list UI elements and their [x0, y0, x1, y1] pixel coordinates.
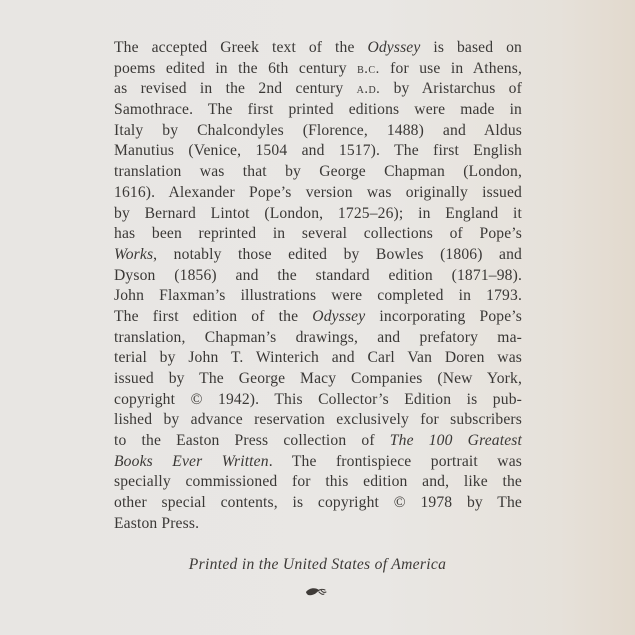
text-segment: incorporating Pope’s: [365, 308, 522, 325]
text-segment: for use in Athens,: [380, 60, 522, 77]
text-segment: . The frontispiece portrait was: [269, 453, 522, 470]
small-caps-era: A.D.: [357, 81, 381, 97]
text-segment: by Aristarchus of: [380, 80, 522, 97]
small-caps-era: B.C.: [357, 61, 380, 77]
text-line: Books Ever Written. The frontispiece por…: [114, 452, 522, 473]
text-segment: 1616). Alexander Pope’s version was orig…: [114, 184, 522, 201]
text-line: translation was that by George Chapman (…: [114, 162, 522, 183]
text-segment: John Flaxman’s illustrations were comple…: [114, 287, 522, 304]
italic-title: Odyssey: [312, 308, 365, 325]
text-line: by Bernard Lintot (London, 1725–26); in …: [114, 204, 522, 225]
text-segment: specially commissioned for this edition …: [114, 473, 522, 490]
text-segment: copyright © 1942). This Collector’s Edit…: [114, 391, 522, 408]
text-segment: terial by John T. Winterich and Carl Van…: [114, 349, 522, 366]
text-line: John Flaxman’s illustrations were comple…: [114, 286, 522, 307]
text-line: terial by John T. Winterich and Carl Van…: [114, 348, 522, 369]
text-segment: The first edition of the: [114, 308, 312, 325]
text-line: The first edition of the Odyssey incorpo…: [114, 307, 522, 328]
text-line: as revised in the 2nd century A.D. by Ar…: [114, 79, 522, 100]
italic-title: The 100 Greatest: [390, 432, 522, 449]
italic-title: Books Ever Written: [114, 453, 269, 470]
text-segment: other special contents, is copyright © 1…: [114, 494, 522, 511]
text-segment: is based on: [420, 39, 522, 56]
text-line: Manutius (Venice, 1504 and 1517). The fi…: [114, 141, 522, 162]
text-segment: translation, Chapman’s drawings, and pre…: [114, 329, 522, 346]
text-line: 1616). Alexander Pope’s version was orig…: [114, 183, 522, 204]
text-line: issued by The George Macy Companies (New…: [114, 369, 522, 390]
text-line: poems edited in the 6th century B.C. for…: [114, 59, 522, 80]
text-line: Samothrace. The first printed editions w…: [114, 100, 522, 121]
text-line: Dyson (1856) and the standard edition (1…: [114, 266, 522, 287]
text-line: Works, notably those edited by Bowles (1…: [114, 245, 522, 266]
text-line: specially commissioned for this edition …: [114, 472, 522, 493]
text-segment: lished by advance reservation exclusivel…: [114, 411, 522, 428]
text-line: Italy by Chalcondyles (Florence, 1488) a…: [114, 121, 522, 142]
text-line: The accepted Greek text of the Odyssey i…: [114, 38, 522, 59]
text-line: other special contents, is copyright © 1…: [114, 493, 522, 514]
text-line: lished by advance reservation exclusivel…: [114, 410, 522, 431]
text-line: to the Easton Press collection of The 10…: [114, 431, 522, 452]
text-segment: , notably those edited by Bowles (1806) …: [153, 246, 522, 263]
text-segment: Samothrace. The first printed editions w…: [114, 101, 522, 118]
text-line: has been reprinted in several collection…: [114, 224, 522, 245]
text-segment: poems edited in the 6th century: [114, 60, 357, 77]
text-segment: Dyson (1856) and the standard edition (1…: [114, 267, 522, 284]
text-segment: Manutius (Venice, 1504 and 1517). The fi…: [114, 142, 522, 159]
text-segment: Easton Press.: [114, 515, 199, 532]
text-segment: issued by The George Macy Companies (New…: [114, 370, 522, 387]
text-segment: by Bernard Lintot (London, 1725–26); in …: [114, 205, 522, 222]
text-line: copyright © 1942). This Collector’s Edit…: [114, 390, 522, 411]
text-segment: translation was that by George Chapman (…: [114, 163, 522, 180]
text-line: translation, Chapman’s drawings, and pre…: [114, 328, 522, 349]
italic-title: Works: [114, 246, 153, 263]
text-segment: to the Easton Press collection of: [114, 432, 390, 449]
printed-in-imprint: Printed in the United States of America: [0, 556, 635, 574]
text-segment: Italy by Chalcondyles (Florence, 1488) a…: [114, 122, 522, 139]
text-segment: has been reprinted in several collection…: [114, 225, 522, 242]
italic-title: Odyssey: [367, 39, 420, 56]
text-line: Easton Press.: [114, 514, 522, 535]
colophon-text: The accepted Greek text of the Odyssey i…: [114, 38, 522, 535]
book-page: The accepted Greek text of the Odyssey i…: [0, 0, 635, 635]
leaf-fleuron-icon: [305, 586, 327, 598]
text-segment: The accepted Greek text of the: [114, 39, 367, 56]
text-segment: as revised in the 2nd century: [114, 80, 357, 97]
